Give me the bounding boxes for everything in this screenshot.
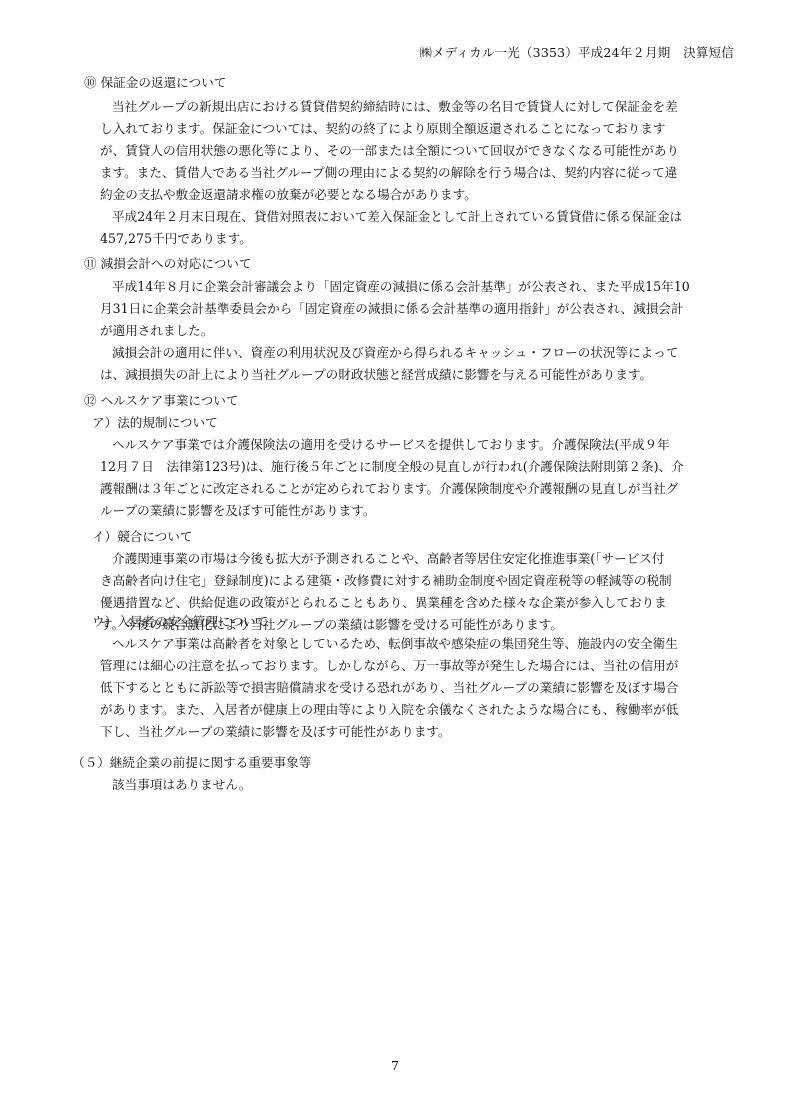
paragraph-line: 管理には細心の注意を払っております。しかしながら、万一事故等が発生した場合には、… <box>100 656 678 675</box>
section-heading-deposit: ⑩ 保証金の返還について <box>84 73 226 92</box>
paragraph-line: は、減損損失の計上により当社グループの財政状態と経営成績に影響を与える可能性があ… <box>100 365 652 384</box>
paragraph-line: し入れております。保証金については、契約の終了により原則全額返還されることになっ… <box>100 119 665 138</box>
paragraph-line: 当社グループの新規出店における賃貸借契約締結時には、敷金等の名目で賃貸人に対して… <box>112 97 678 116</box>
page-number: 7 <box>0 1058 790 1073</box>
paragraph-line: 約金の支払や敷金返還請求権の放棄が必要となる場合があります。 <box>100 185 477 204</box>
paragraph-line: ます。また、賃借人である当社グループ側の理由による契約の解除を行う場合は、契約内… <box>100 163 677 182</box>
paragraph-line: 減損会計の適用に伴い、資産の利用状況及び資産から得られるキャッシュ・フローの状況… <box>112 343 678 362</box>
paragraph-line: 下し、当社グループの業績に影響を及ぼす可能性があります。 <box>100 722 451 741</box>
paragraph-line: 12月７日 法律第123号)は、施行後５年ごとに制度全般の見直しが行われ(介護保… <box>100 457 684 476</box>
paragraph-line: 護報酬は３年ごとに改定されることが定められております。介護保険制度や介護報酬の見… <box>100 479 678 498</box>
paragraph-line: 優遇措置など、供給促進の政策がとられることもあり、異業種を含めた様々な企業が参入… <box>100 593 667 612</box>
paragraph-line: 低下するとともに訴訟等で損害賠償請求を受ける恐れがあり、当社グループの業績に影響… <box>100 678 678 697</box>
paragraph-line: が適用されました。 <box>100 321 213 340</box>
paragraph-line: 介護関連事業の市場は今後も拡大が予測されることや、高齢者等居住安定化推進事業(「… <box>112 549 665 568</box>
paragraph-line: が、賃貸人の信用状態の悪化等により、その一部または全額について回収ができなくなる… <box>100 141 679 160</box>
subsection-heading-safety: ウ）入居者の安全管理について <box>92 612 268 631</box>
paragraph-line: 平成14年８月に企業会計審議会より「固定資産の減損に係る会計基準」が公表され、ま… <box>112 277 690 296</box>
section-heading-going-concern: （５）継続企業の前提に関する重要事象等 <box>72 753 311 772</box>
paragraph-line: 該当事項はありません。 <box>112 775 251 794</box>
paragraph-line: ループの業績に影響を及ぼす可能性があります。 <box>100 501 375 520</box>
paragraph-line: 457,275千円であります。 <box>100 229 252 248</box>
paragraph-line: ヘルスケア事業は高齢者を対象としているため、転倒事故や感染症の集団発生等、施設内… <box>112 634 678 653</box>
subsection-heading-regulation: ア）法的規制について <box>92 413 218 432</box>
paragraph-line: ヘルスケア事業では介護保険法の適用を受けるサービスを提供しております。介護保険法… <box>112 435 670 454</box>
document-header: ㈱メディカル一光（3353）平成24年２月期 決算短信 <box>419 43 734 61</box>
paragraph-line: き高齢者向け住宅」登録制度)による建築・改修費に対する補助金制度や固定資産税等の… <box>100 571 672 590</box>
paragraph-line: があります。また、入居者が健康上の理由等により入院を余儀なくされたような場合にも… <box>100 700 678 719</box>
subsection-heading-competition: イ）競合について <box>92 527 193 546</box>
paragraph-line: 平成24年２月末日現在、貸借対照表において差入保証金として計上されている賃貸借に… <box>112 207 682 226</box>
section-heading-impairment: ⑪ 減損会計への対応について <box>84 254 251 273</box>
section-heading-healthcare: ⑫ ヘルスケア事業について <box>84 391 239 410</box>
paragraph-line: 月31日に企業会計基準委員会から「固定資産の減損に係る会計基準の適用指針」が公表… <box>100 299 684 318</box>
